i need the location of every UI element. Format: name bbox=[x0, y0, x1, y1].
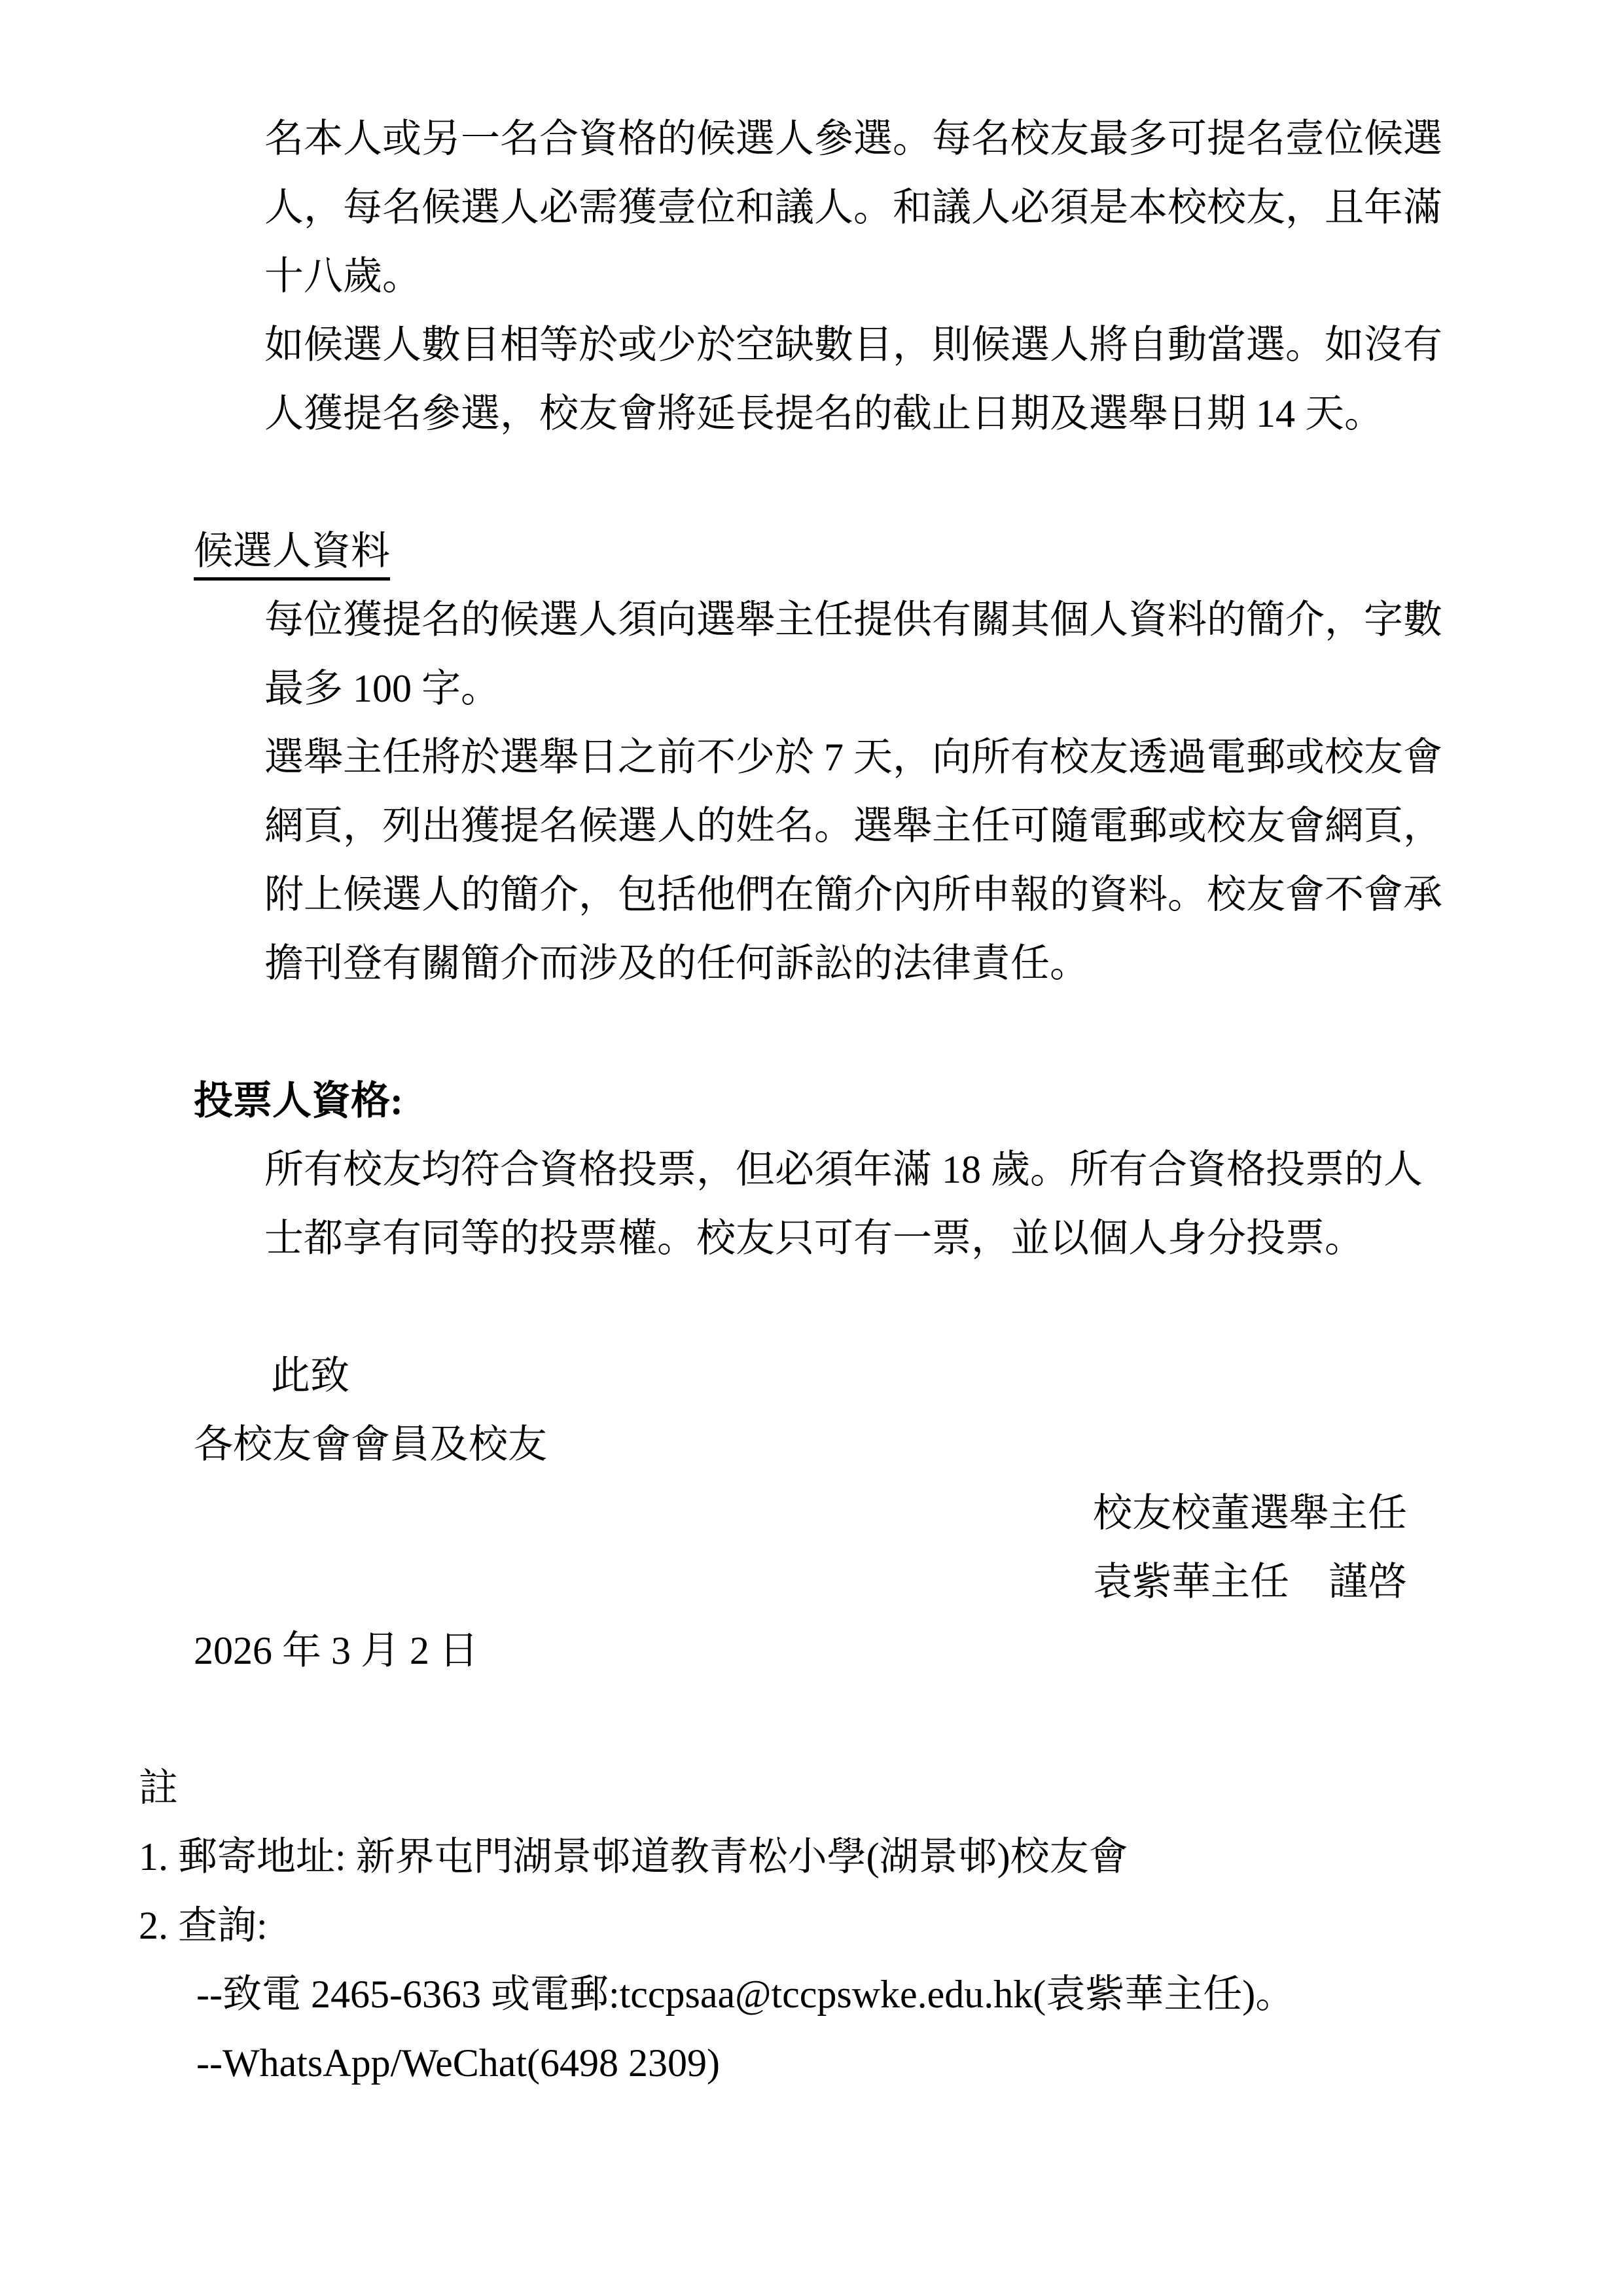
closing-salute: 此致 bbox=[0, 1342, 1623, 1410]
letter-body: 名本人或另一名合資格的候選人參選。每名校友最多可提名壹位候選 人，每名候選人必需… bbox=[0, 0, 1623, 2098]
paragraph-line: 所有校友均符合資格投票，但必須年滿 18 歲。所有合資格投票的人 bbox=[0, 1136, 1623, 1204]
section-heading-candidate-info: 候選人資料 bbox=[0, 517, 1623, 586]
paragraph-line: 選舉主任將於選舉日之前不少於 7 天，向所有校友透過電郵或校友會 bbox=[0, 723, 1623, 792]
contact-phone-email: --致電 2465-6363 或電郵:tccpsaa@tccpswke.edu.… bbox=[0, 1960, 1623, 2029]
paragraph-line: 名本人或另一名合資格的候選人參選。每名校友最多可提名壹位候選 bbox=[0, 105, 1623, 173]
blank-line bbox=[0, 1685, 1623, 1754]
blank-line bbox=[0, 1273, 1623, 1342]
blank-line bbox=[0, 448, 1623, 517]
paragraph-line: 附上候選人的簡介，包括他們在簡介內所申報的資料。校友會不會承 bbox=[0, 861, 1623, 929]
note-item-enquiry: 2. 查詢: bbox=[0, 1892, 1623, 1960]
paragraph-line: 人，每名候選人必需獲壹位和議人。和議人必須是本校校友，且年滿 bbox=[0, 173, 1623, 242]
signature-title: 校友校董選舉主任 bbox=[0, 1479, 1623, 1548]
paragraph-line: 每位獲提名的候選人須向選舉主任提供有關其個人資料的簡介，字數 bbox=[0, 586, 1623, 655]
section-heading-voter-eligibility: 投票人資格: bbox=[0, 1067, 1623, 1136]
contact-whatsapp-wechat: --WhatsApp/WeChat(6498 2309) bbox=[0, 2029, 1623, 2098]
paragraph-line: 如候選人數目相等於或少於空缺數目，則候選人將自動當選。如沒有 bbox=[0, 311, 1623, 380]
letter-date: 2026 年 3 月 2 日 bbox=[0, 1617, 1623, 1685]
paragraph-line: 人獲提名參選，校友會將延長提名的截止日期及選舉日期 14 天。 bbox=[0, 380, 1623, 448]
paragraph-line: 最多 100 字。 bbox=[0, 655, 1623, 723]
paragraph-line: 十八歲。 bbox=[0, 242, 1623, 311]
blank-line bbox=[0, 998, 1623, 1067]
paragraph-line: 網頁，列出獲提名候選人的姓名。選舉主任可隨電郵或校友會網頁， bbox=[0, 792, 1623, 861]
note-item-mailing-address: 1. 郵寄地址: 新界屯門湖景邨道教青松小學(湖景邨)校友會 bbox=[0, 1823, 1623, 1892]
notes-heading: 註 bbox=[0, 1754, 1623, 1823]
paragraph-line: 擔刊登有關簡介而涉及的任何訴訟的法律責任。 bbox=[0, 929, 1623, 998]
closing-recipients: 各校友會會員及校友 bbox=[0, 1410, 1623, 1479]
paragraph-line: 士都享有同等的投票權。校友只可有一票，並以個人身分投票。 bbox=[0, 1204, 1623, 1273]
document-page: 名本人或另一名合資格的候選人參選。每名校友最多可提名壹位候選 人，每名候選人必需… bbox=[0, 0, 1623, 2296]
signature-name: 袁紫華主任 謹啓 bbox=[0, 1548, 1623, 1617]
underlined-heading-text: 候選人資料 bbox=[194, 525, 390, 581]
